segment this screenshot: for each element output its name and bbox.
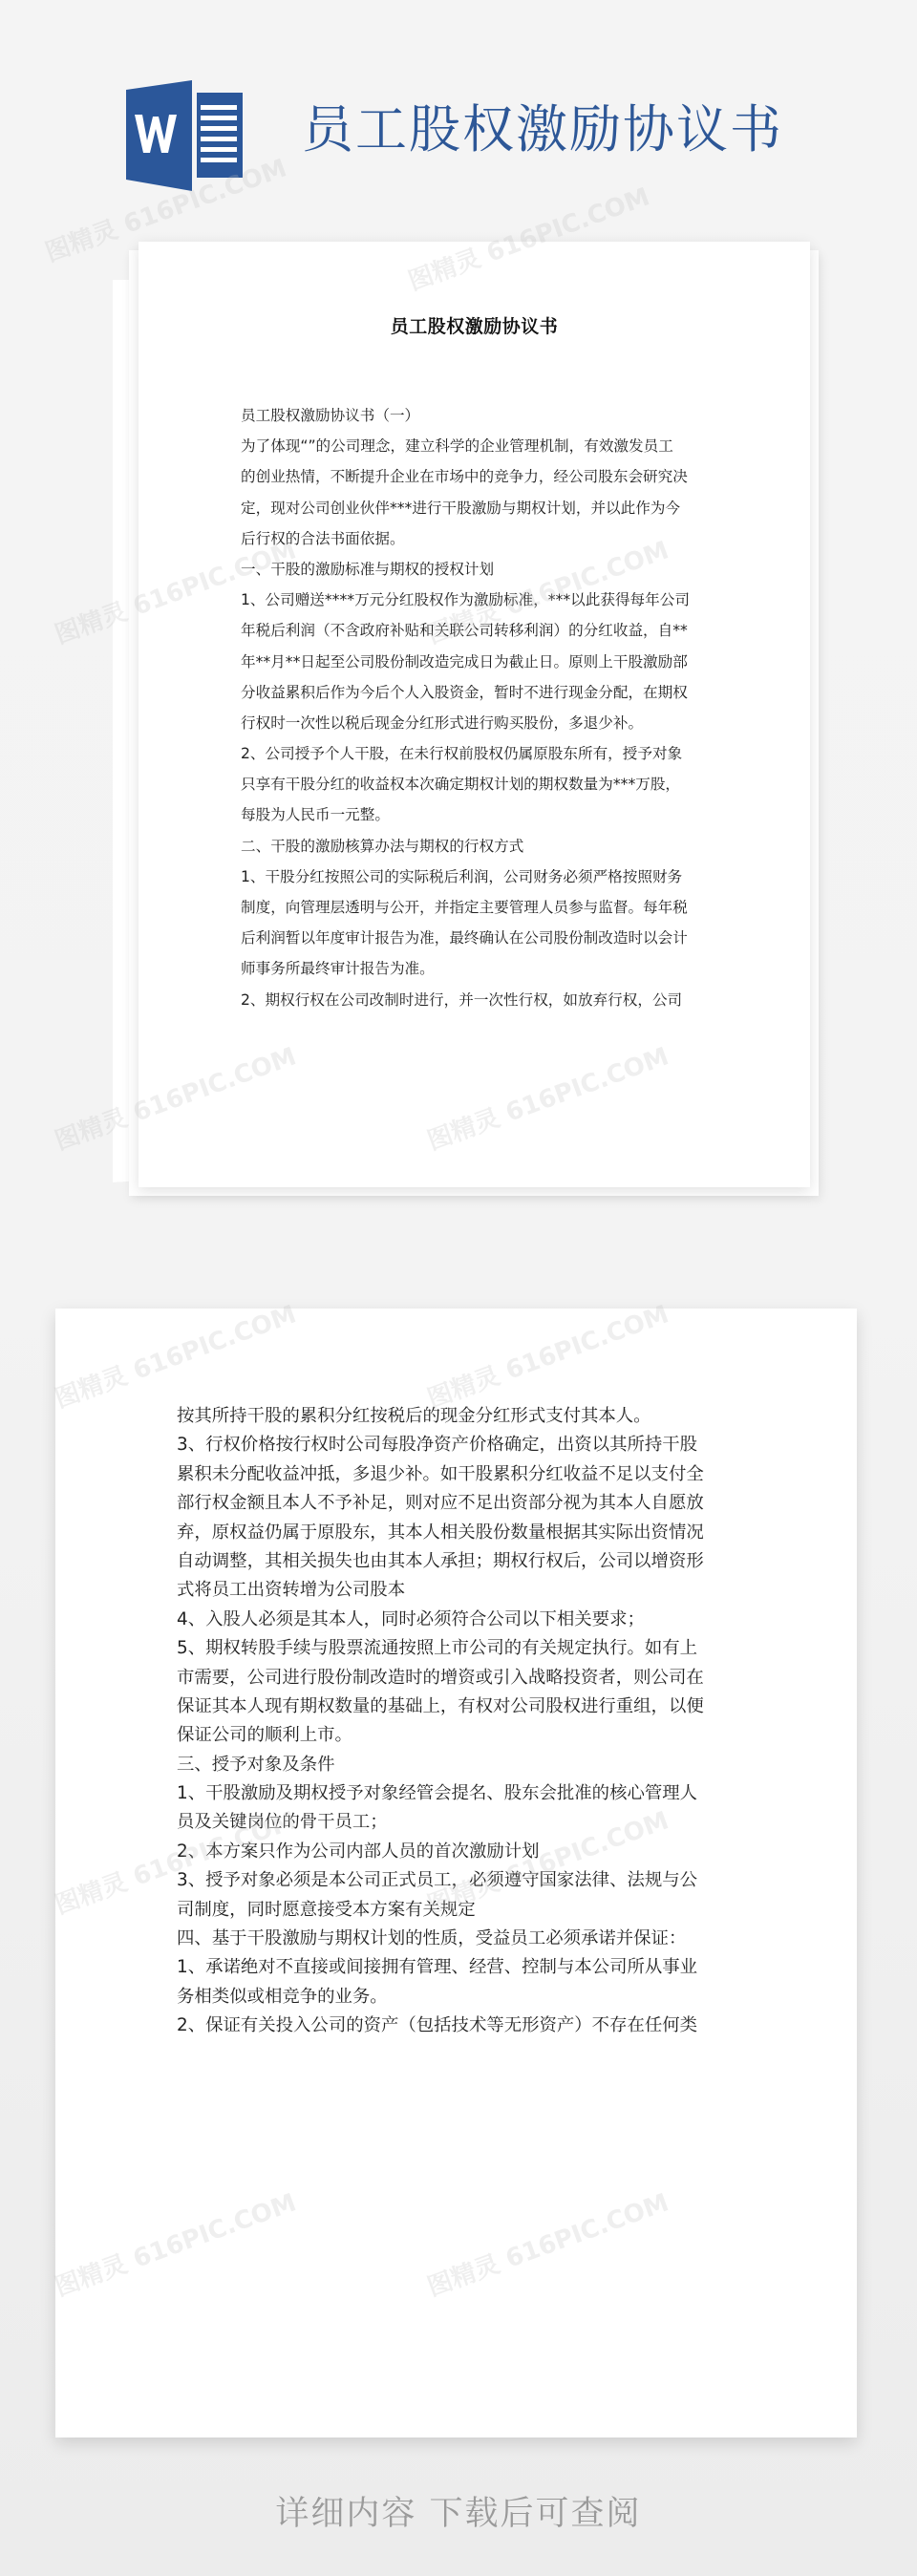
text-line: 制度，向管理层透明与公开，并指定主要管理人员参与监督。每年税 [241,892,714,923]
text-line: 自动调整，其相关损失也由其本人承担；期权行权后，公司以增资形 [177,1547,740,1576]
text-line: 1、承诺绝对不直接或间接拥有管理、经营、控制与本公司所从事业 [177,1953,740,1982]
text-line: 务相类似或相竞争的业务。 [177,1983,740,2012]
text-line: 后利润暂以年度审计报告为准，最终确认在公司股份制改造时以会计 [241,923,714,953]
text-line: 分收益累积后作为今后个人入股资金，暂时不进行现金分配，在期权 [241,677,714,708]
text-line: 2、期权行权在公司改制时进行，并一次性行权，如放弃行权，公司 [241,985,714,1015]
text-line: 行权时一次性以税后现金分红形式进行购买股份，多退少补。 [241,708,714,738]
text-line: 师事务所最终审计报告为准。 [241,953,714,984]
text-line: 司制度，同时愿意接受本方案有关规定 [177,1896,740,1925]
text-line: 5、期权转股手续与股票流通按照上市公司的有关规定执行。如有上 [177,1634,740,1663]
text-line: 3、授予对象必须是本公司正式员工，必须遵守国家法律、法规与公 [177,1866,740,1895]
text-line: 为了体现“”的公司理念，建立科学的企业管理机制，有效激发员工 [241,431,714,461]
text-line: 1、干股激励及期权授予对象经管会提名、股东会批准的核心管理人 [177,1779,740,1808]
page-title: 员工股权激励协议书 [302,99,783,160]
text-line: 的创业热情，不断提升企业在市场中的竞争力，经公司股东会研究决 [241,461,714,492]
text-line: 2、本方案只作为公司内部人员的首次激励计划 [177,1838,740,1866]
text-line: 2、公司授予个人干股，在未行权前股权仍属原股东所有，授予对象 [241,738,714,769]
page-2-body: 按其所持干股的累积分红按税后的现金分红形式支付其本人。 3、行权价格按行权时公司… [177,1402,740,2041]
page-1-body: 员工股权激励协议书（一） 为了体现“”的公司理念，建立科学的企业管理机制，有效激… [241,400,714,1015]
section-heading: 四、基于干股激励与期权计划的性质，受益员工必须承诺并保证： [177,1925,740,1953]
text-line: 市需要，公司进行股份制改造时的增资或引入战略投资者，则公司在 [177,1664,740,1692]
text-line: 2、保证有关投入公司的资产（包括技术等无形资产）不存在任何类 [177,2012,740,2040]
document-page-2: 按其所持干股的累积分红按税后的现金分红形式支付其本人。 3、行权价格按行权时公司… [55,1309,857,2438]
text-line: 保证公司的顺利上市。 [177,1721,740,1750]
document-page-1: 员工股权激励协议书 员工股权激励协议书（一） 为了体现“”的公司理念，建立科学的… [139,242,810,1187]
download-hint: 详细内容 下载后可查阅 [0,2487,917,2535]
section-heading: 二、干股的激励核算办法与期权的行权方式 [241,831,714,862]
text-line: 后行权的合法书面依据。 [241,523,714,554]
text-line: 每股为人民币一元整。 [241,799,714,830]
header: 员工股权激励协议书 [0,0,917,220]
text-line: 按其所持干股的累积分红按税后的现金分红形式支付其本人。 [177,1402,740,1431]
text-line: 1、公司赠送****万元分红股权作为激励标准，***以此获得每年公司 [241,585,714,615]
text-line: 4、入股人必须是其本人，同时必须符合公司以下相关要求； [177,1606,740,1634]
text-line: 年**月**日起至公司股份制改造完成日为截止日。原则上干股激励部 [241,647,714,677]
text-line: 累积未分配收益冲抵，多退少补。如干股累积分红收益不足以支付全 [177,1460,740,1489]
text-line: 只享有干股分红的收益权本次确定期权计划的期权数量为***万股， [241,769,714,799]
text-line: 员及关键岗位的骨干员工； [177,1808,740,1837]
section-heading: 一、干股的激励标准与期权的授权计划 [241,554,714,585]
text-line: 部行权金额且本人不予补足，则对应不足出资部分视为其本人自愿放 [177,1489,740,1518]
word-document-icon [126,80,245,191]
text-line: 定，现对公司创业伙伴***进行干股激励与期权计划，并以此作为今 [241,493,714,523]
text-line: 保证其本人现有期权数量的基础上，有权对公司股权进行重组，以便 [177,1692,740,1721]
document-title: 员工股权激励协议书 [139,312,810,338]
text-line: 弃，原权益仍属于原股东，其本人相关股份数量根据其实际出资情况 [177,1519,740,1547]
text-line: 员工股权激励协议书（一） [241,400,714,431]
section-heading: 三、授予对象及条件 [177,1751,740,1779]
text-line: 式将员工出资转增为公司股本 [177,1576,740,1605]
text-line: 1、干股分红按照公司的实际税后利润，公司财务必须严格按照财务 [241,862,714,892]
text-line: 3、行权价格按行权时公司每股净资产价格确定，出资以其所持干股 [177,1431,740,1459]
text-line: 年税后利润（不含政府补贴和关联公司转移利润）的分红收益，自** [241,615,714,646]
